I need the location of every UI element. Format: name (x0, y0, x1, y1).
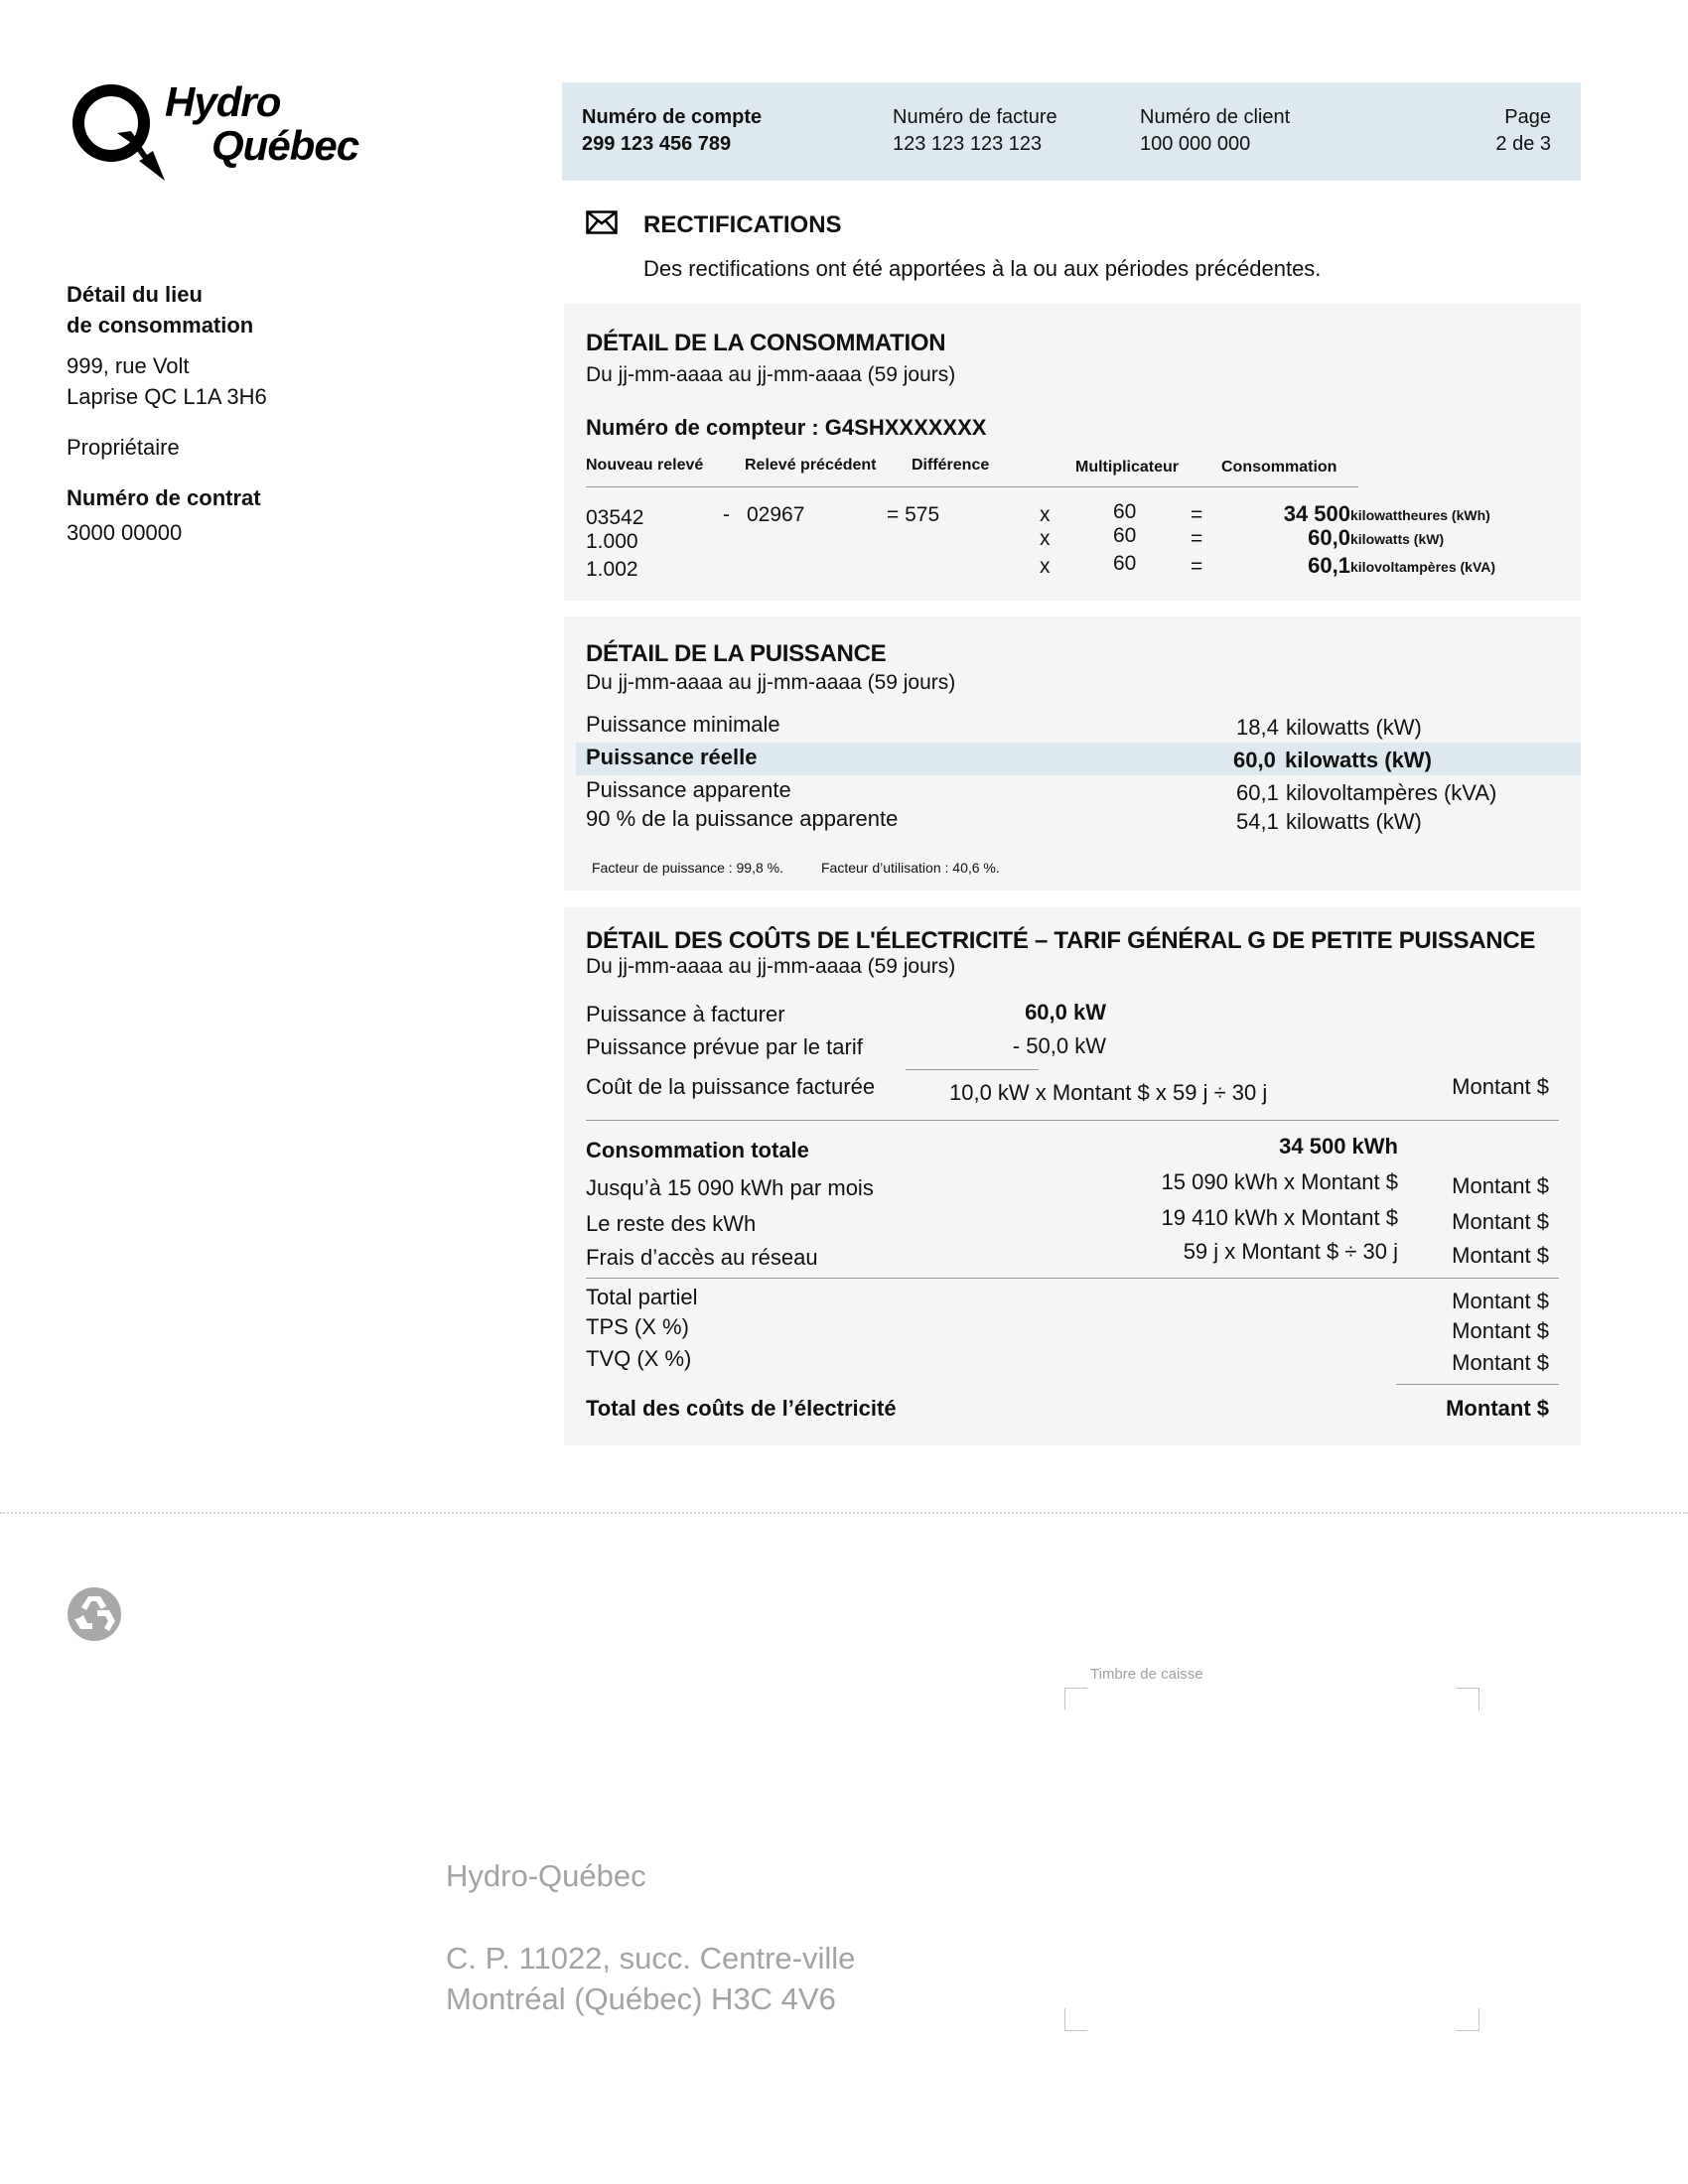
billed-power-label: Puissance à facturer (586, 1002, 785, 1027)
location-title-line1: Détail du lieu (67, 279, 267, 310)
consumption-value: 60,1 (1308, 553, 1350, 579)
power-factor: Facteur de puissance : 99,8 %. (592, 860, 783, 876)
occupant-status: Propriétaire (67, 432, 267, 463)
logo-text-quebec: Québec (211, 125, 358, 167)
subtotal-row-amount: Montant $ (1452, 1350, 1549, 1376)
energy-row-amount: Montant $ (1452, 1173, 1549, 1199)
power-subtraction-divider (906, 1069, 1039, 1070)
page-value: 2 de 3 (1495, 131, 1551, 158)
costs-period: Du jj-mm-aaaa au jj-mm-aaaa (59 jours) (586, 955, 955, 979)
envelope-icon (586, 210, 618, 234)
client-number-label: Numéro de client (1140, 104, 1290, 131)
logo-text-hydro: Hydro (165, 81, 280, 123)
address-line2: Laprise QC L1A 3H6 (67, 381, 267, 412)
rectifications-text: Des rectifications ont été apportées à l… (643, 256, 1321, 282)
energy-row-amount: Montant $ (1452, 1209, 1549, 1235)
rectifications-title: RECTIFICATIONS (643, 211, 842, 239)
multiplier-value: 60 (1113, 500, 1136, 524)
subtotal-row-amount: Montant $ (1452, 1318, 1549, 1344)
col-previous-reading: Relevé précédent (745, 457, 877, 475)
utilization-factor: Facteur d’utilisation : 40,6 %. (821, 860, 1000, 876)
equals-sign: = (1191, 555, 1202, 579)
power-cost-formula: 10,0 kW x Montant $ x 59 j ÷ 30 j (949, 1080, 1267, 1106)
tear-off-line (0, 1512, 1688, 1514)
col-new-reading: Nouveau relevé (586, 457, 703, 475)
power-detail-section: DÉTAIL DE LA PUISSANCE Du jj-mm-aaaa au … (564, 616, 1581, 890)
power-row-value: 60,1 (1236, 780, 1279, 806)
multiplier-value: 60 (1113, 552, 1136, 576)
stamp-corner-bottom-left (1064, 2008, 1087, 2031)
reading-previous: 02967 (747, 503, 804, 527)
power-period: Du jj-mm-aaaa au jj-mm-aaaa (59 jours) (586, 671, 955, 695)
power-row-value: 54,1 (1236, 809, 1279, 835)
account-number-block: Numéro de compte 299 123 456 789 (582, 104, 762, 158)
subtotal-row-amount: Montant $ (1452, 1289, 1549, 1314)
consumption-period: Du jj-mm-aaaa au jj-mm-aaaa (59 jours) (586, 363, 955, 387)
meter-number: Numéro de compteur : G4SHXXXXXXX (586, 415, 986, 441)
invoice-number-block: Numéro de facture 123 123 123 123 (893, 104, 1057, 158)
energy-row-formula: 15 090 kWh x Montant $ (1162, 1169, 1398, 1195)
invoice-number-value: 123 123 123 123 (893, 131, 1057, 158)
stamp-corner-bottom-right (1457, 2008, 1479, 2031)
energy-row-label: Le reste des kWh (586, 1211, 756, 1237)
costs-title: DÉTAIL DES COÛTS DE L'ÉLECTRICITÉ – TARI… (586, 927, 1535, 955)
power-row-label: Puissance minimale (586, 712, 780, 738)
power-row-label: Puissance apparente (586, 777, 791, 803)
tariff-power-value: - 50,0 kW (1013, 1033, 1106, 1059)
client-number-value: 100 000 000 (1140, 131, 1290, 158)
address-line1: 999, rue Volt (67, 350, 267, 381)
energy-row-formula: 59 j x Montant $ ÷ 30 j (1184, 1239, 1398, 1265)
total-electricity-cost-label: Total des coûts de l’électricité (586, 1396, 897, 1422)
col-consumption: Consommation (1221, 459, 1336, 477)
return-address-line1: C. P. 11022, succ. Centre-ville (446, 1938, 855, 1979)
power-title: DÉTAIL DE LA PUISSANCE (586, 640, 886, 668)
minus-sign: - (723, 503, 730, 527)
times-sign: x (1040, 503, 1051, 527)
q-lightning-icon (70, 81, 165, 185)
consumption-value: 34 500 (1284, 501, 1350, 527)
power-row-unit: kilovoltampères (kVA) (1286, 780, 1496, 806)
power-row-unit: kilowatts (kW) (1286, 809, 1422, 835)
reading-new: 1.000 (586, 530, 638, 554)
subtotal-row-label: Total partiel (586, 1285, 698, 1310)
col-multiplier: Multiplicateur (1075, 459, 1179, 477)
consumption-value: 60,0 (1308, 525, 1350, 551)
subtotal-row-label: TPS (X %) (586, 1314, 689, 1340)
power-row-value: 60,0 (1233, 748, 1276, 773)
total-consumption-value: 34 500 kWh (1279, 1134, 1398, 1160)
equals-sign: = (1191, 527, 1202, 551)
energy-row-label: Jusqu’à 15 090 kWh par mois (586, 1175, 874, 1201)
col-difference: Différence (912, 457, 989, 475)
consumption-detail-section: DÉTAIL DE LA CONSOMMATION Du jj-mm-aaaa … (564, 304, 1581, 601)
power-cost-amount: Montant $ (1452, 1074, 1549, 1100)
consumption-unit: kilowatts (kW) (1350, 531, 1444, 547)
power-row-label: Puissance réelle (586, 745, 757, 770)
power-row-label: 90 % de la puissance apparente (586, 806, 898, 832)
costs-detail-section: DÉTAIL DES COÛTS DE L'ÉLECTRICITÉ – TARI… (564, 907, 1581, 1445)
reading-difference: = 575 (887, 503, 939, 527)
reading-new: 03542 (586, 506, 643, 530)
stamp-corner-top-left (1064, 1688, 1087, 1709)
consumption-unit: kilovoltampères (kVA) (1350, 559, 1495, 575)
consumption-unit: kilowattheures (kWh) (1350, 507, 1490, 523)
power-row-unit: kilowatts (kW) (1285, 748, 1432, 773)
energy-divider (586, 1278, 1559, 1279)
times-sign: x (1040, 527, 1051, 551)
total-consumption-label: Consommation totale (586, 1138, 809, 1163)
cashier-stamp-label: Timbre de caisse (1090, 1666, 1203, 1683)
energy-row-label: Frais d’accès au réseau (586, 1245, 818, 1271)
hydro-quebec-logo: Hydro Québec (70, 77, 377, 185)
stamp-corner-top-right (1457, 1688, 1479, 1710)
consumption-location: Détail du lieu de consommation 999, rue … (67, 279, 267, 548)
account-number-value: 299 123 456 789 (582, 131, 762, 158)
equals-sign: = (1191, 503, 1202, 527)
invoice-number-label: Numéro de facture (893, 104, 1057, 131)
tariff-power-label: Puissance prévue par le tarif (586, 1034, 863, 1060)
location-title-line2: de consommation (67, 310, 267, 341)
power-row-value: 18,4 (1236, 715, 1279, 741)
power-row-unit: kilowatts (kW) (1286, 715, 1422, 741)
page-label: Page (1495, 104, 1551, 131)
total-electricity-cost-amount: Montant $ (1446, 1396, 1549, 1422)
return-address-name: Hydro-Québec (446, 1858, 646, 1894)
subtotal-row-label: TVQ (X %) (586, 1346, 691, 1372)
return-address: C. P. 11022, succ. Centre-ville Montréal… (446, 1938, 855, 2019)
billed-power-value: 60,0 kW (1025, 1000, 1106, 1025)
energy-row-formula: 19 410 kWh x Montant $ (1162, 1205, 1398, 1231)
recycle-icon (67, 1586, 122, 1642)
contract-number-label: Numéro de contrat (67, 482, 267, 513)
consumption-header-divider (586, 486, 1358, 487)
account-number-label: Numéro de compte (582, 104, 762, 131)
consumption-title: DÉTAIL DE LA CONSOMMATION (586, 330, 945, 357)
multiplier-value: 60 (1113, 524, 1136, 548)
return-address-line2: Montréal (Québec) H3C 4V6 (446, 1979, 855, 2019)
page-indicator: Page 2 de 3 (1495, 104, 1551, 158)
power-cost-label: Coût de la puissance facturée (586, 1074, 875, 1100)
power-cost-divider (586, 1120, 1559, 1121)
account-header: Numéro de compte 299 123 456 789 Numéro … (562, 82, 1581, 181)
energy-row-amount: Montant $ (1452, 1243, 1549, 1269)
total-divider (1396, 1384, 1559, 1385)
contract-number-value: 3000 00000 (67, 517, 267, 548)
reading-new: 1.002 (586, 558, 638, 582)
client-number-block: Numéro de client 100 000 000 (1140, 104, 1290, 158)
times-sign: x (1040, 555, 1051, 579)
